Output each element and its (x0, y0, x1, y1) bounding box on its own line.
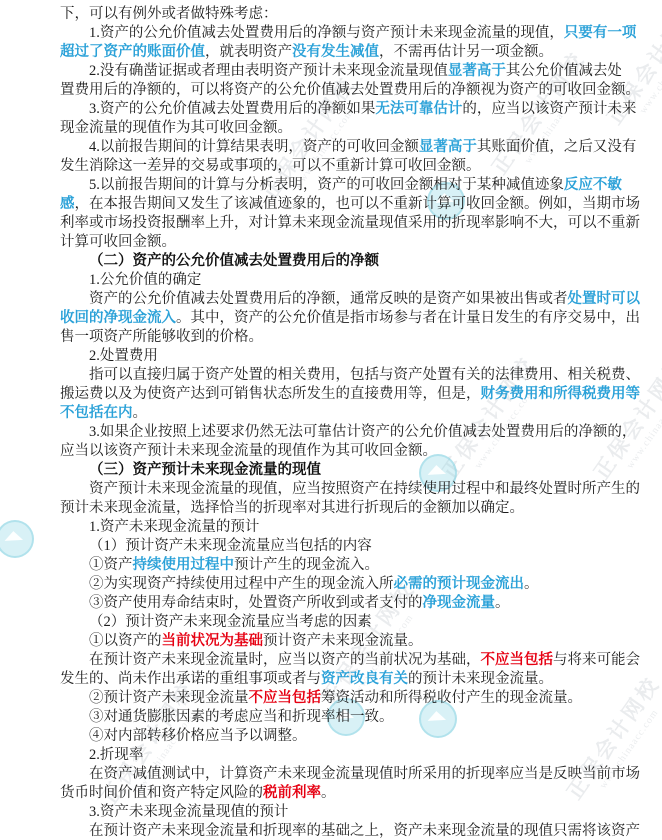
text-line: 3.资产未来现金流量现值的预计 (60, 803, 605, 822)
body-text: 的预计未来现金流量。 (408, 671, 553, 687)
text-line: 在预计资产未来现金流量时，应当以资产的当前状况为基础，不应当包括与将来可能会 (60, 651, 605, 670)
body-text: 。 (524, 576, 539, 592)
text-line: 1.公允价值的确定 (60, 271, 605, 290)
text-line: 感，在本报告期间又发生了该减值迹象的，也可以不重新计算可收回金额。例如，当期市场 (60, 195, 605, 214)
body-text: 发生的、尚未作出承诺的重组事项或者与 (60, 671, 321, 687)
body-text: 资产的公允价值减去处置费用后的净额，通常反映的是资产如果被出售或者 (89, 291, 568, 307)
body-text: ，在本报告期间又发生了该减值迹象的，也可以不重新计算可收回金额。例如，当期市场 (75, 196, 641, 212)
body-text: 预计未来现金流量，选择恰当的折现率对其进行折现后的金额加以确定。 (60, 500, 524, 516)
highlight-blue-text: 显著高于 (419, 139, 477, 155)
body-text: 。 (133, 405, 148, 421)
text-line: 1.资产未来现金流量的预计 (60, 518, 605, 537)
highlight-blue-text: 收回的净现金流入 (60, 310, 176, 326)
highlight-blue-text: 资产改良有关 (321, 671, 408, 687)
text-line: 在资产减值测试中，计算资产未来现金流量现值时所采用的折现率应当是反映当前市场 (60, 765, 605, 784)
text-line: （2）预计资产未来现金流量应当考虑的因素 (60, 613, 605, 632)
body-text: ③资产使用寿命结束时，处置资产所收到或者支付的 (89, 595, 423, 611)
text-line: 2.处置费用 (60, 347, 605, 366)
body-text: 3.资产未来现金流量现值的预计 (89, 804, 288, 820)
body-text: 货币时间价值和资产特定风险的 (60, 785, 263, 801)
text-line: 应当以该资产预计未来现金流量的现值作为其可收回金额。 (60, 442, 605, 461)
body-text: 在资产减值测试中，计算资产未来现金流量现值时所采用的折现率应当是反映当前市场 (89, 766, 640, 782)
text-line: ①资产持续使用过程中预计产生的现金流入。 (60, 556, 605, 575)
text-line: ③对通货膨胀因素的考虑应当和折现率相一致。 (60, 708, 605, 727)
body-text: 2.折现率 (89, 747, 143, 763)
highlight-red-text: 不应当包括 (481, 652, 554, 668)
highlight-red-text: 不应当包括 (249, 690, 322, 706)
body-text: 在预计资产未来现金流量时，应当以资产的当前状况为基础， (89, 652, 481, 668)
text-line: 预计未来现金流量，选择恰当的折现率对其进行折现后的金额加以确定。 (60, 499, 605, 518)
body-text: 下，可以有例外或者做特殊考虑： (60, 6, 278, 22)
text-line: 现金流量的现值作为其可收回金额。 (60, 119, 605, 138)
text-line: 在预计资产未来现金流量和折现率的基础之上，资产未来现金流量的现值只需将该资产 (60, 822, 605, 840)
text-line: 利率或市场投资报酬率上升，对计算未来现金流量现值采用的折现率影响不大，可以不重新 (60, 214, 605, 233)
brand-badge-watermark: ◤ (0, 520, 34, 558)
text-line: 1.资产的公允价值减去处置费用后的净额与资产预计未来现金流量的现值，只要有一项 (60, 24, 605, 43)
body-text: 搬运费以及为使资产达到可销售状态所发生的直接费用等，但是， (60, 386, 481, 402)
body-text: 在预计资产未来现金流量和折现率的基础之上，资产未来现金流量的现值只需将该资产 (89, 823, 640, 839)
text-line: 3.资产的公允价值减去处置费用后的净额如果无法可靠估计的，应当以该资产预计未来 (60, 100, 605, 119)
body-text: 利率或市场投资报酬率上升，对计算未来现金流量现值采用的折现率影响不大，可以不重新 (60, 215, 640, 231)
body-text: 预计资产未来现金流量。 (263, 633, 423, 649)
body-text: 筹资活动和所得税收付产生的现金流量。 (321, 690, 582, 706)
text-line: 售一项资产所能够收到的价格。 (60, 328, 605, 347)
body-text: ③对通货膨胀因素的考虑应当和折现率相一致。 (89, 709, 394, 725)
body-text: 发生消除这一差异的交易或事项的，可以不重新计算可收回金额。 (60, 158, 481, 174)
text-line: 5.以前报告期间的计算与分析表明，资产的可收回金额相对于某种减值迹象反应不敏 (60, 176, 605, 195)
body-text: 售一项资产所能够收到的价格。 (60, 329, 263, 345)
text-line: 计算可收回金额。 (60, 233, 605, 252)
highlight-red-text: 税前利率 (263, 785, 321, 801)
text-line: 指可以直接归属于资产处置的相关费用，包括与资产处置有关的法律费用、相关税费、 (60, 366, 605, 385)
body-text: ①资产 (89, 557, 133, 573)
play-flag-icon: ◤ (4, 528, 25, 549)
body-text: ，就表明资产 (205, 44, 292, 60)
document-page: 正保会计网校www.chinaacc.com正保会计网校www.chinaacc… (0, 0, 662, 840)
body-text: 5.以前报告期间的计算与分析表明，资产的可收回金额相对于某种减值迹象 (89, 177, 564, 193)
highlight-blue-text: 处置时可以 (568, 291, 641, 307)
body-text: 现金流量的现值作为其可收回金额。 (60, 120, 292, 136)
highlight-blue-text: 感 (60, 196, 75, 212)
highlight-red-text: 当前状况为基础 (162, 633, 264, 649)
body-text: 。 (321, 785, 336, 801)
text-line: 下，可以有例外或者做特殊考虑： (60, 5, 605, 24)
body-text: 的，应当以该资产预计未来 (462, 101, 636, 117)
text-line: 2.没有确凿证据或者理由表明资产预计未来现金流量现值显著高于其公允价值减去处 (60, 62, 605, 81)
highlight-blue-text: 反应不敏 (564, 177, 622, 193)
section-heading-text: （三）资产预计未来现金流量的现值 (89, 462, 321, 478)
text-line: 2.折现率 (60, 746, 605, 765)
highlight-blue-text: 必需的预计现金流出 (394, 576, 525, 592)
body-text: ，不需再估计另一项金额。 (379, 44, 553, 60)
body-text: 1.公允价值的确定 (89, 272, 201, 288)
body-text: 置费用后的净额的，可以将资产的公允价值减去处置费用后的净额视为资产的可收回金额。 (60, 82, 640, 98)
body-text: 预计产生的现金流入。 (234, 557, 379, 573)
highlight-blue-text: 超过了资产的账面价值 (60, 44, 205, 60)
text-line: 3.如果企业按照上述要求仍然无法可靠估计资产的公允价值减去处置费用后的净额的， (60, 423, 605, 442)
highlight-blue-text: 净现金流量 (423, 595, 496, 611)
body-text: 2.处置费用 (89, 348, 158, 364)
text-line: ④对内部转移价格应当予以调整。 (60, 727, 605, 746)
body-text: （2）预计资产未来现金流量应当考虑的因素 (89, 614, 372, 630)
text-line: 资产预计未来现金流量的现值，应当按照资产在持续使用过程中和最终处置时所产生的 (60, 480, 605, 499)
body-text: ①以资产的 (89, 633, 162, 649)
text-line: 资产的公允价值减去处置费用后的净额，通常反映的是资产如果被出售或者处置时可以 (60, 290, 605, 309)
body-text: 其公允价值减去处 (506, 63, 622, 79)
body-text: 应当以该资产预计未来现金流量的现值作为其可收回金额。 (60, 443, 437, 459)
text-line: （三）资产预计未来现金流量的现值 (60, 461, 605, 480)
section-heading-text: （二）资产的公允价值减去处置费用后的净额 (89, 253, 379, 269)
text-line: 置费用后的净额的，可以将资产的公允价值减去处置费用后的净额视为资产的可收回金额。 (60, 81, 605, 100)
body-text: 2.没有确凿证据或者理由表明资产预计未来现金流量现值 (89, 63, 448, 79)
text-line: ②预计资产未来现金流量不应当包括筹资活动和所得税收付产生的现金流量。 (60, 689, 605, 708)
text-line: 收回的净现金流入。其中，资产的公允价值是指市场参与者在计量日发生的有序交易中，出 (60, 309, 605, 328)
body-text: （1）预计资产未来现金流量应当包括的内容 (89, 538, 372, 554)
text-line: 货币时间价值和资产特定风险的税前利率。 (60, 784, 605, 803)
body-text: 1.资产的公允价值减去处置费用后的净额与资产预计未来现金流量的现值， (89, 25, 564, 41)
body-text: ②预计资产未来现金流量 (89, 690, 249, 706)
body-text: 其账面价值，之后又没有 (477, 139, 637, 155)
body-text: 与将来可能会 (553, 652, 640, 668)
text-line: 发生消除这一差异的交易或事项的，可以不重新计算可收回金额。 (60, 157, 605, 176)
highlight-blue-text: 财务费用和所得税费用等 (481, 386, 641, 402)
highlight-blue-text: 不包括在内 (60, 405, 133, 421)
highlight-blue-text: 没有发生减值 (292, 44, 379, 60)
body-text: 资产预计未来现金流量的现值，应当按照资产在持续使用过程中和最终处置时所产生的 (89, 481, 640, 497)
text-line: ②为实现资产持续使用过程中产生的现金流入所必需的预计现金流出。 (60, 575, 605, 594)
document-content: 下，可以有例外或者做特殊考虑：1.资产的公允价值减去处置费用后的净额与资产预计未… (60, 5, 605, 840)
text-line: 不包括在内。 (60, 404, 605, 423)
body-text: 。 (495, 595, 510, 611)
highlight-blue-text: 只要有一项 (564, 25, 637, 41)
body-text: 3.资产的公允价值减去处置费用后的净额如果 (89, 101, 375, 117)
body-text: 3.如果企业按照上述要求仍然无法可靠估计资产的公允价值减去处置费用后的净额的， (89, 424, 636, 440)
body-text: 计算可收回金额。 (60, 234, 176, 250)
text-line: 4.以前报告期间的计算结果表明，资产的可收回金额显著高于其账面价值，之后又没有 (60, 138, 605, 157)
body-text: ②为实现资产持续使用过程中产生的现金流入所 (89, 576, 394, 592)
text-line: （1）预计资产未来现金流量应当包括的内容 (60, 537, 605, 556)
body-text: 4.以前报告期间的计算结果表明，资产的可收回金额 (89, 139, 419, 155)
text-line: 搬运费以及为使资产达到可销售状态所发生的直接费用等，但是，财务费用和所得税费用等 (60, 385, 605, 404)
text-line: ③资产使用寿命结束时，处置资产所收到或者支付的净现金流量。 (60, 594, 605, 613)
body-text: 。其中，资产的公允价值是指市场参与者在计量日发生的有序交易中，出 (176, 310, 640, 326)
text-line: （二）资产的公允价值减去处置费用后的净额 (60, 252, 605, 271)
body-text: 指可以直接归属于资产处置的相关费用，包括与资产处置有关的法律费用、相关税费、 (89, 367, 640, 383)
highlight-blue-text: 显著高于 (448, 63, 506, 79)
highlight-blue-text: 持续使用过程中 (133, 557, 235, 573)
text-line: 超过了资产的账面价值，就表明资产没有发生减值，不需再估计另一项金额。 (60, 43, 605, 62)
body-text: ④对内部转移价格应当予以调整。 (89, 728, 307, 744)
highlight-blue-text: 无法可靠估计 (375, 101, 462, 117)
body-text: 1.资产未来现金流量的预计 (89, 519, 259, 535)
text-line: 发生的、尚未作出承诺的重组事项或者与资产改良有关的预计未来现金流量。 (60, 670, 605, 689)
text-line: ①以资产的当前状况为基础预计资产未来现金流量。 (60, 632, 605, 651)
